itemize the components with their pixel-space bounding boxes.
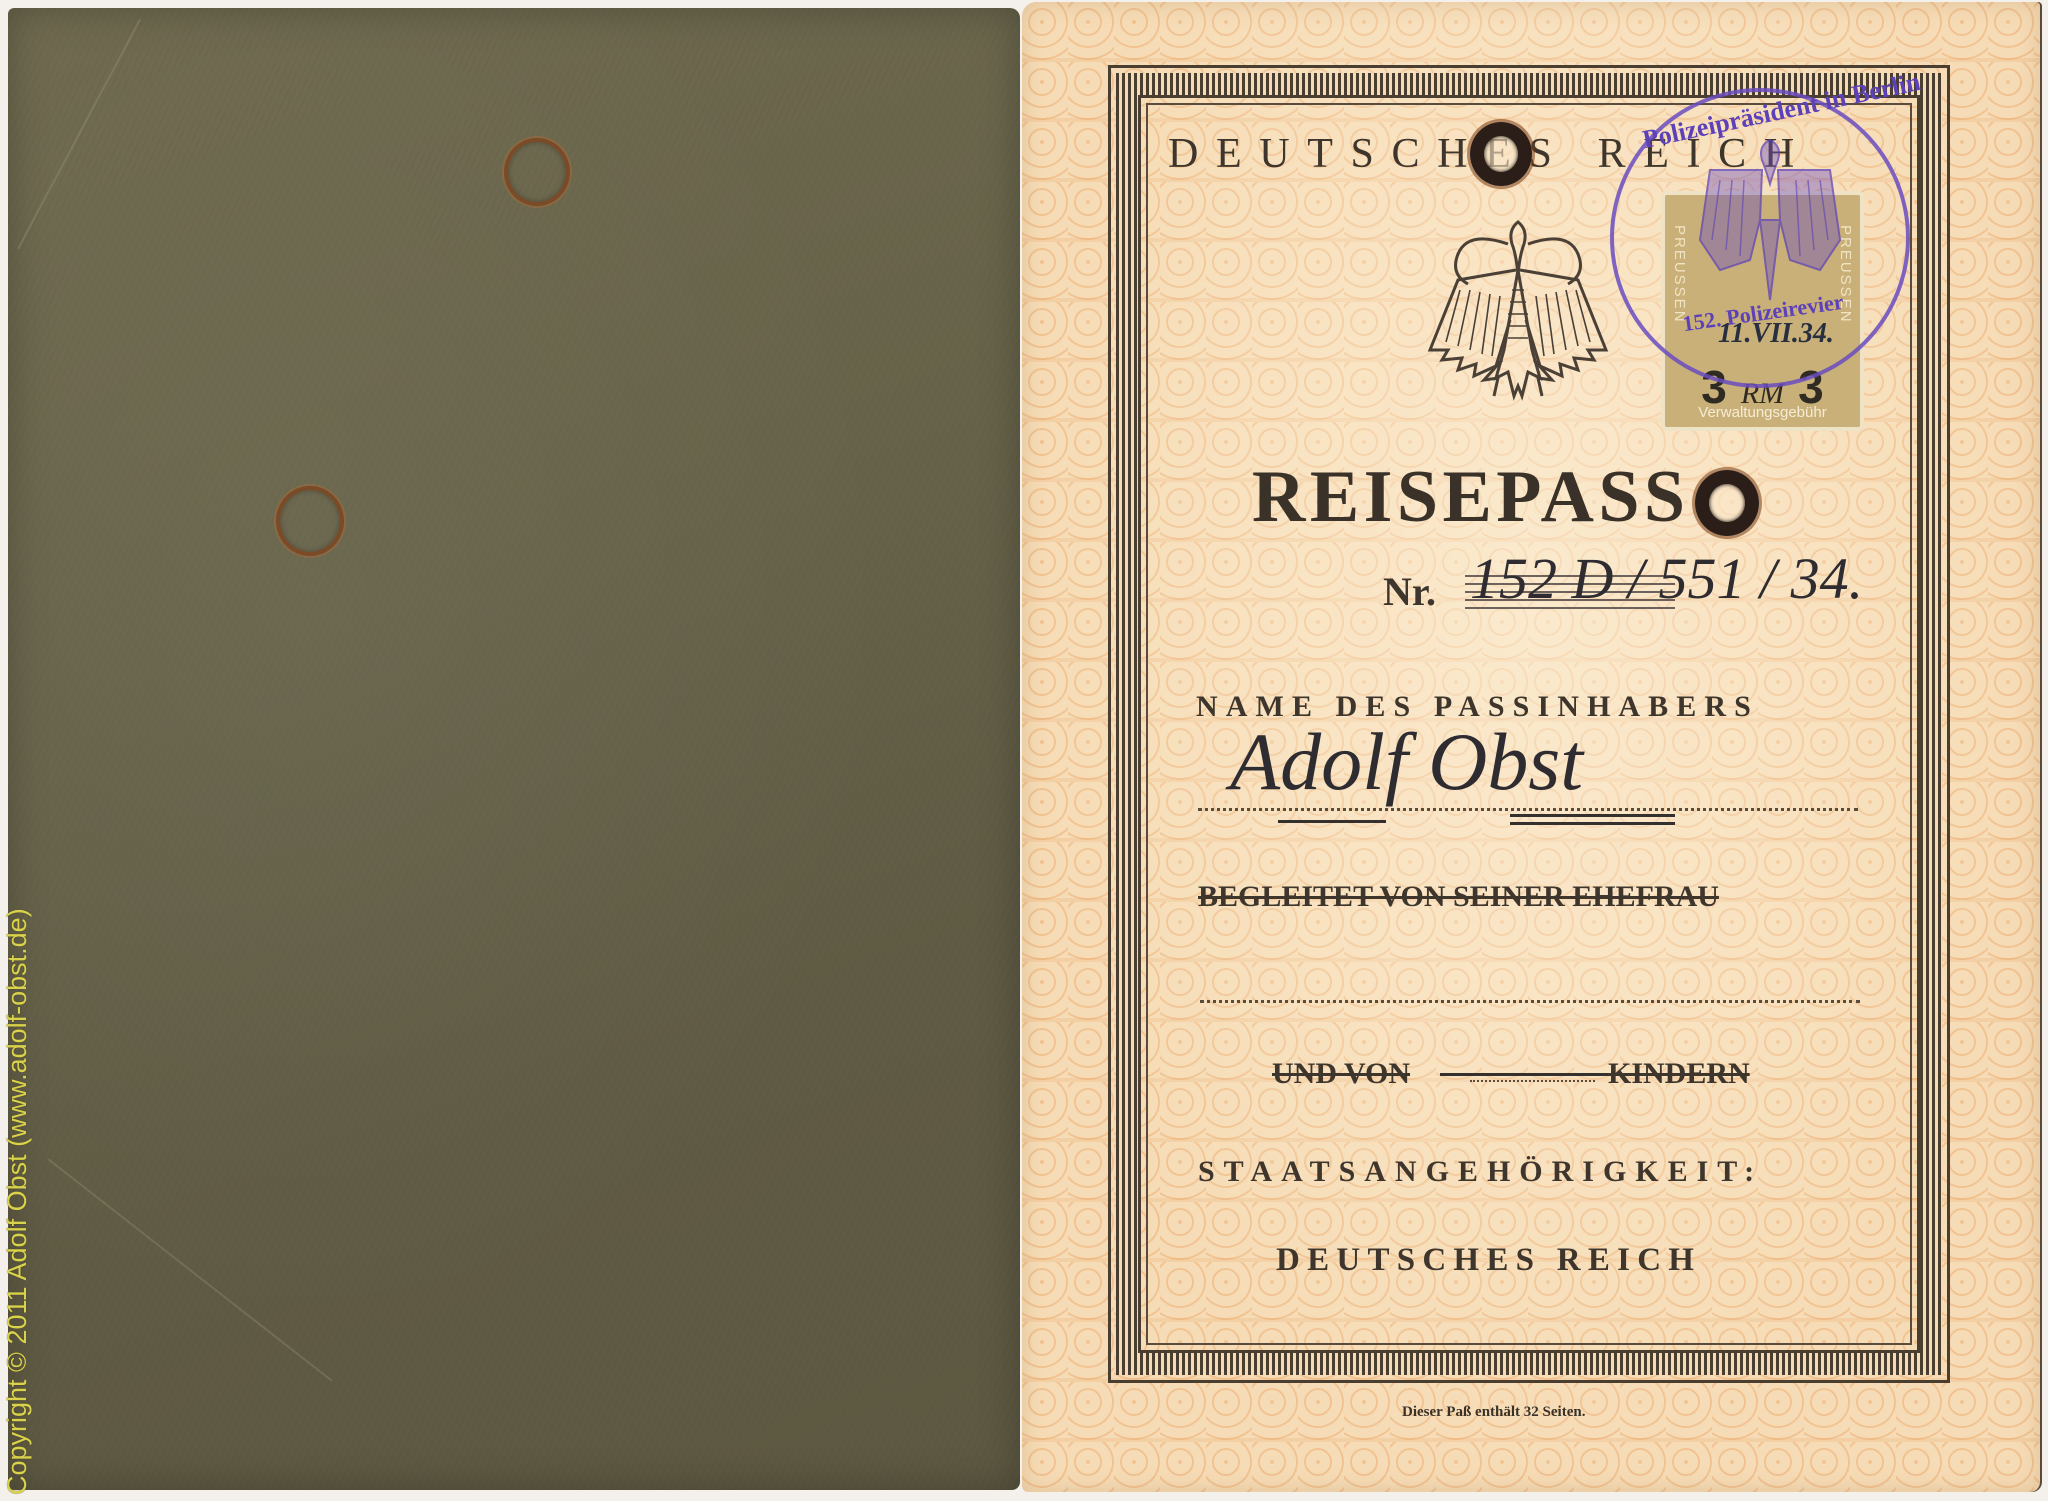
name-underline [1510, 822, 1675, 825]
children-label-right: KINDERN [1608, 1057, 1750, 1091]
passport-back-cover [8, 8, 1020, 1490]
accompanied-by-wife-label: BEGLEITET VON SEINER EHEFRAU [1198, 880, 1719, 914]
holder-name-dotted-line [1198, 808, 1858, 811]
name-underline [1510, 814, 1675, 817]
children-strike-line [1440, 1073, 1610, 1076]
passport-number-handwritten: 152 D / 551 / 34. [1470, 545, 1863, 612]
name-underline [1278, 820, 1386, 823]
police-stamp-handwritten-date: 11.VII.34. [1718, 318, 1834, 350]
revenue-stamp-label: Verwaltungsgebühr [1665, 404, 1860, 421]
rivet-ring-icon [504, 138, 570, 206]
passport-number-label: Nr. [1383, 568, 1436, 615]
cover-crease [17, 19, 141, 250]
page-count-note: Dieser Paß enthält 32 Seiten. [1402, 1404, 1585, 1421]
eyelet-hole-icon [1470, 122, 1532, 186]
cover-crease [47, 1158, 332, 1381]
reichsadler-eagle-icon [1418, 210, 1618, 410]
nationality-label: STAATSANGEHÖRIGKEIT: [1198, 1155, 1763, 1189]
nationality-value: DEUTSCHES REICH [1276, 1242, 1701, 1279]
holder-name-handwritten: Adolf Obst [1230, 715, 1583, 809]
rivet-ring-icon [276, 486, 344, 556]
copyright-watermark: Copyright © 2011 Adolf Obst (www.adolf-o… [2, 908, 33, 1495]
wife-dotted-line [1200, 1000, 1860, 1003]
children-count-dotted-line [1470, 1080, 1595, 1082]
eyelet-hole-icon [1695, 470, 1759, 536]
children-label-left: UND VON [1272, 1057, 1410, 1091]
title-reisepass: REISEPASS [1252, 455, 1690, 540]
